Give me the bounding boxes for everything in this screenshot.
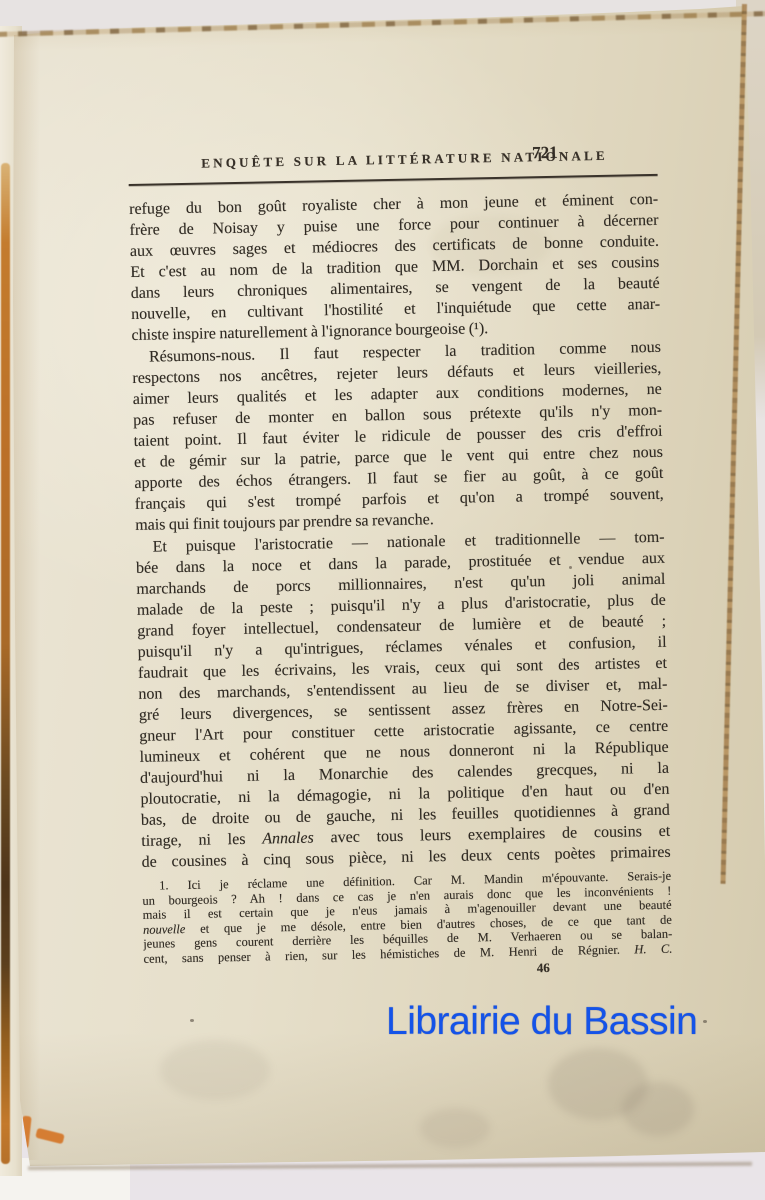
footnote: 1. Ici je réclame une définition. Car M.… — [142, 869, 673, 966]
signature-number: 46 — [537, 958, 673, 977]
bookseller-watermark: Librairie du Bassin — [386, 1000, 697, 1044]
paper-stain — [420, 1108, 490, 1148]
body-text: refuge du bon goût royaliste cher à mon … — [129, 189, 671, 873]
paragraph: Résumons-nous. Il faut respecter la trad… — [132, 337, 665, 536]
paper-stain — [160, 1040, 270, 1100]
paragraph: 1. Ici je réclame une définition. Car M.… — [142, 869, 673, 966]
orange-deckle-page-edge — [1, 163, 10, 1164]
printed-page-content: ENQUÊTE SUR LA LITTÉRATURE NATIONALE 721… — [128, 139, 673, 984]
paragraph: refuge du bon goût royaliste cher à mon … — [129, 189, 661, 346]
paragraph: Et puisque l'aristocratie — nationale et… — [135, 527, 670, 873]
paper-speck — [190, 1019, 194, 1022]
page-number: 721 — [532, 143, 558, 163]
page-top-shading — [0, 0, 765, 70]
paper-stain — [622, 1082, 694, 1136]
book-page: ENQUÊTE SUR LA LITTÉRATURE NATIONALE 721… — [0, 0, 765, 1200]
running-head: ENQUÊTE SUR LA LITTÉRATURE NATIONALE 721 — [128, 139, 657, 179]
paper-speck — [703, 1020, 707, 1023]
